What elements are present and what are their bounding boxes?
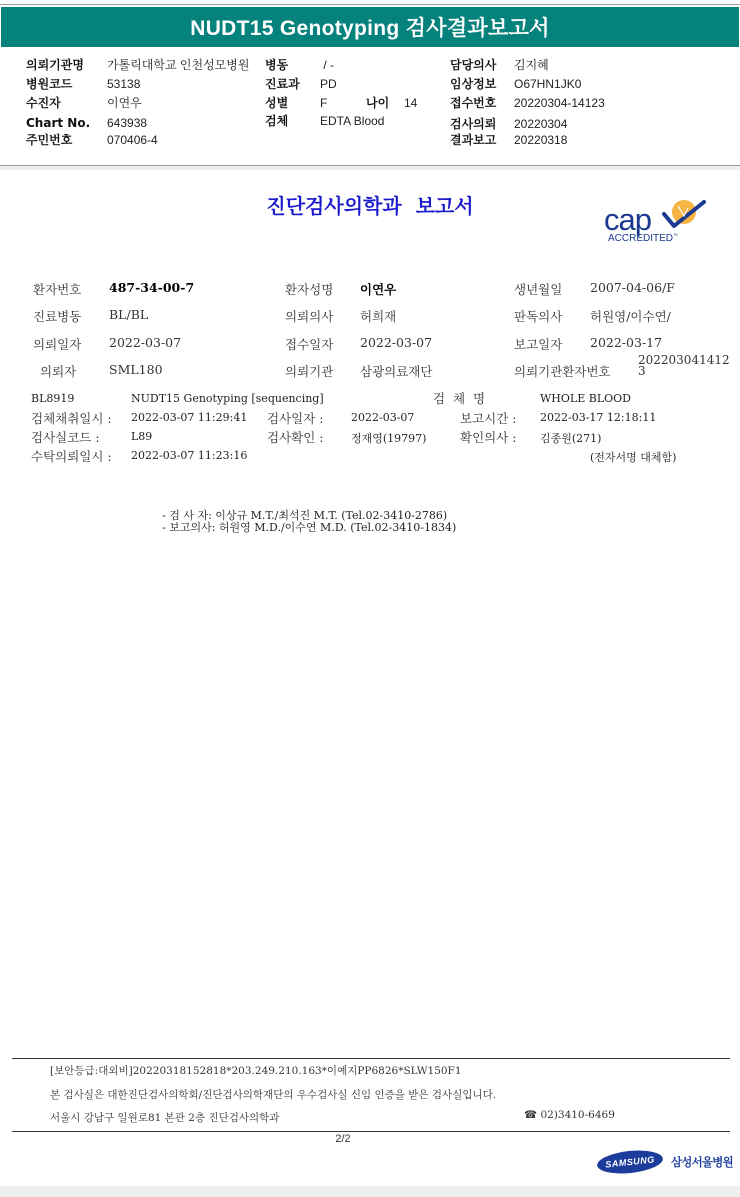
result-report-label: 결과보고	[450, 132, 496, 148]
request-date-value: 2022-03-07	[109, 335, 181, 350]
specimen-name-value: WHOLE BLOOD	[540, 392, 631, 405]
cap-accredited-logo: cap ACCREDITED™	[604, 200, 704, 248]
test-request-value: 20220304	[514, 116, 567, 132]
result-report-value: 20220318	[514, 132, 567, 148]
ward-label: 진료병동	[33, 307, 81, 325]
resident-no-value: 070406-4	[107, 132, 158, 148]
outsource-time-label: 수탁의뢰일시 :	[31, 447, 112, 465]
collection-time-value: 2022-03-07 11:29:41	[131, 411, 247, 424]
ward-label: 병동	[265, 57, 288, 73]
certification-line: 본 검사실은 대한진단검사의학회/진단검사의학재단의 우수검사실 신임 인증을 …	[50, 1087, 496, 1102]
attending-doctor-label: 담당의사	[450, 57, 496, 73]
specimen-label: 검체	[265, 113, 288, 129]
document-title-bar: NUDT15 Genotyping 검사결과보고서	[1, 7, 739, 47]
test-date-label: 검사일자 :	[267, 409, 324, 427]
test-verify-value: 정재영(19797)	[351, 430, 426, 446]
patient-name-label: 수진자	[26, 95, 61, 111]
department-value: PD	[320, 76, 337, 92]
request-date-label: 의뢰일자	[33, 335, 81, 353]
header-divider-band	[0, 166, 740, 170]
samsung-logo: SAMSUNG	[596, 1148, 664, 1177]
attending-doctor-value: 김지혜	[514, 57, 549, 73]
clinical-info-label: 임상정보	[450, 76, 496, 92]
ward-value: / -	[320, 57, 334, 73]
requester-label: 의뢰자	[40, 362, 76, 380]
header-row-institution: 의뢰기관명	[26, 57, 84, 73]
department-label: 진료과	[265, 76, 300, 92]
institution-label: 의뢰기관명	[26, 58, 84, 72]
specimen-name-label: 검 체 명	[433, 389, 485, 407]
outsource-time-value: 2022-03-07 11:23:16	[131, 449, 247, 462]
phone: ☎ 02)3410-6469	[524, 1109, 615, 1121]
patient-name-value: 이연우	[107, 95, 142, 111]
document-title: NUDT15 Genotyping 검사결과보고서	[190, 12, 550, 42]
patient-name-label: 환자성명	[285, 280, 333, 298]
hospital-code-label: 병원코드	[26, 76, 72, 92]
security-line: [보안등급:대외비]20220318152818*203.249.210.163…	[50, 1063, 462, 1078]
chart-no-value: 643938	[107, 115, 147, 131]
test-code: BL8919	[31, 392, 74, 405]
receipt-date-value: 2022-03-07	[360, 335, 432, 350]
referring-institution-label: 의뢰기관	[285, 362, 333, 380]
sex-value: F	[320, 95, 327, 111]
report-date-label: 보고일자	[514, 335, 562, 353]
birth-date-value: 2007-04-06/F	[590, 280, 675, 295]
referring-doctor-label: 의뢰의사	[285, 307, 333, 325]
esign-note: (전자서명 대체함)	[590, 449, 676, 465]
reporter-line: - 보고의사: 허원영 M.D./이수연 M.D. (Tel.02-3410-1…	[162, 519, 456, 535]
specimen-value: EDTA Blood	[320, 113, 384, 129]
referring-institution-value: 삼광의료재단	[360, 362, 432, 380]
page-number: 2/2	[0, 1133, 686, 1145]
lab-code-value: L89	[131, 430, 152, 443]
patient-id-label: 환자번호	[33, 280, 81, 298]
resident-no-label: 주민번호	[26, 132, 72, 148]
receipt-date-label: 접수일자	[285, 335, 333, 353]
institution-patient-no-value: 202203041412 3	[638, 355, 730, 377]
report-time-label: 보고시간 :	[460, 409, 517, 427]
confirm-doctor-label: 확인의사 :	[460, 428, 517, 446]
checkmark-icon	[662, 200, 706, 230]
report-date-value: 2022-03-17	[590, 335, 662, 350]
lab-code-label: 검사실코드 :	[31, 428, 100, 446]
institution-value: 가톨릭대학교 인천성모병원	[107, 57, 249, 73]
chart-no-label: Chart No.	[26, 115, 90, 131]
report-time-value: 2022-03-17 12:18:11	[540, 411, 656, 424]
cap-logo-text: cap	[604, 206, 651, 234]
test-date-value: 2022-03-07	[351, 411, 414, 424]
accession-no-value: 20220304-14123	[514, 95, 605, 111]
test-name: NUDT15 Genotyping [sequencing]	[131, 392, 324, 405]
requester-value: SML180	[109, 362, 163, 377]
footer-divider-bottom	[12, 1131, 730, 1132]
bottom-band	[0, 1186, 740, 1197]
hospital-code-value: 53138	[107, 76, 140, 92]
reading-doctor-label: 판독의사	[514, 307, 562, 325]
phone-icon: ☎	[524, 1109, 537, 1121]
ward-value: BL/BL	[109, 307, 148, 322]
reading-doctor-value: 허원영/이수연/	[590, 307, 671, 325]
birth-date-label: 생년월일	[514, 280, 562, 298]
confirm-doctor-value: 김종원(271)	[540, 430, 601, 446]
sex-label: 성별	[265, 95, 288, 111]
clinical-info-value: O67HN1JK0	[514, 76, 581, 92]
hospital-name-logo: 삼성서울병원	[671, 1154, 733, 1170]
address-line: 서울시 강남구 일원로81 본관 2층 진단검사의학과	[50, 1110, 279, 1125]
patient-id-value: 487-34-00-7	[109, 280, 194, 295]
institution-patient-no-label: 의뢰기관환자번호	[514, 362, 611, 380]
test-request-label: 검사의뢰	[450, 116, 496, 132]
footer-divider	[12, 1058, 730, 1059]
top-border	[0, 4, 740, 5]
phone-number: 02)3410-6469	[540, 1109, 614, 1121]
age-label: 나이	[366, 95, 389, 111]
patient-name-value: 이연우	[360, 280, 396, 298]
age-value: 14	[404, 95, 417, 111]
cap-logo-subtitle: ACCREDITED™	[608, 233, 678, 244]
accession-no-label: 접수번호	[450, 95, 496, 111]
collection-time-label: 검체채취일시 :	[31, 409, 112, 427]
referring-doctor-value: 허희재	[360, 307, 396, 325]
test-verify-label: 검사확인 :	[267, 428, 324, 446]
